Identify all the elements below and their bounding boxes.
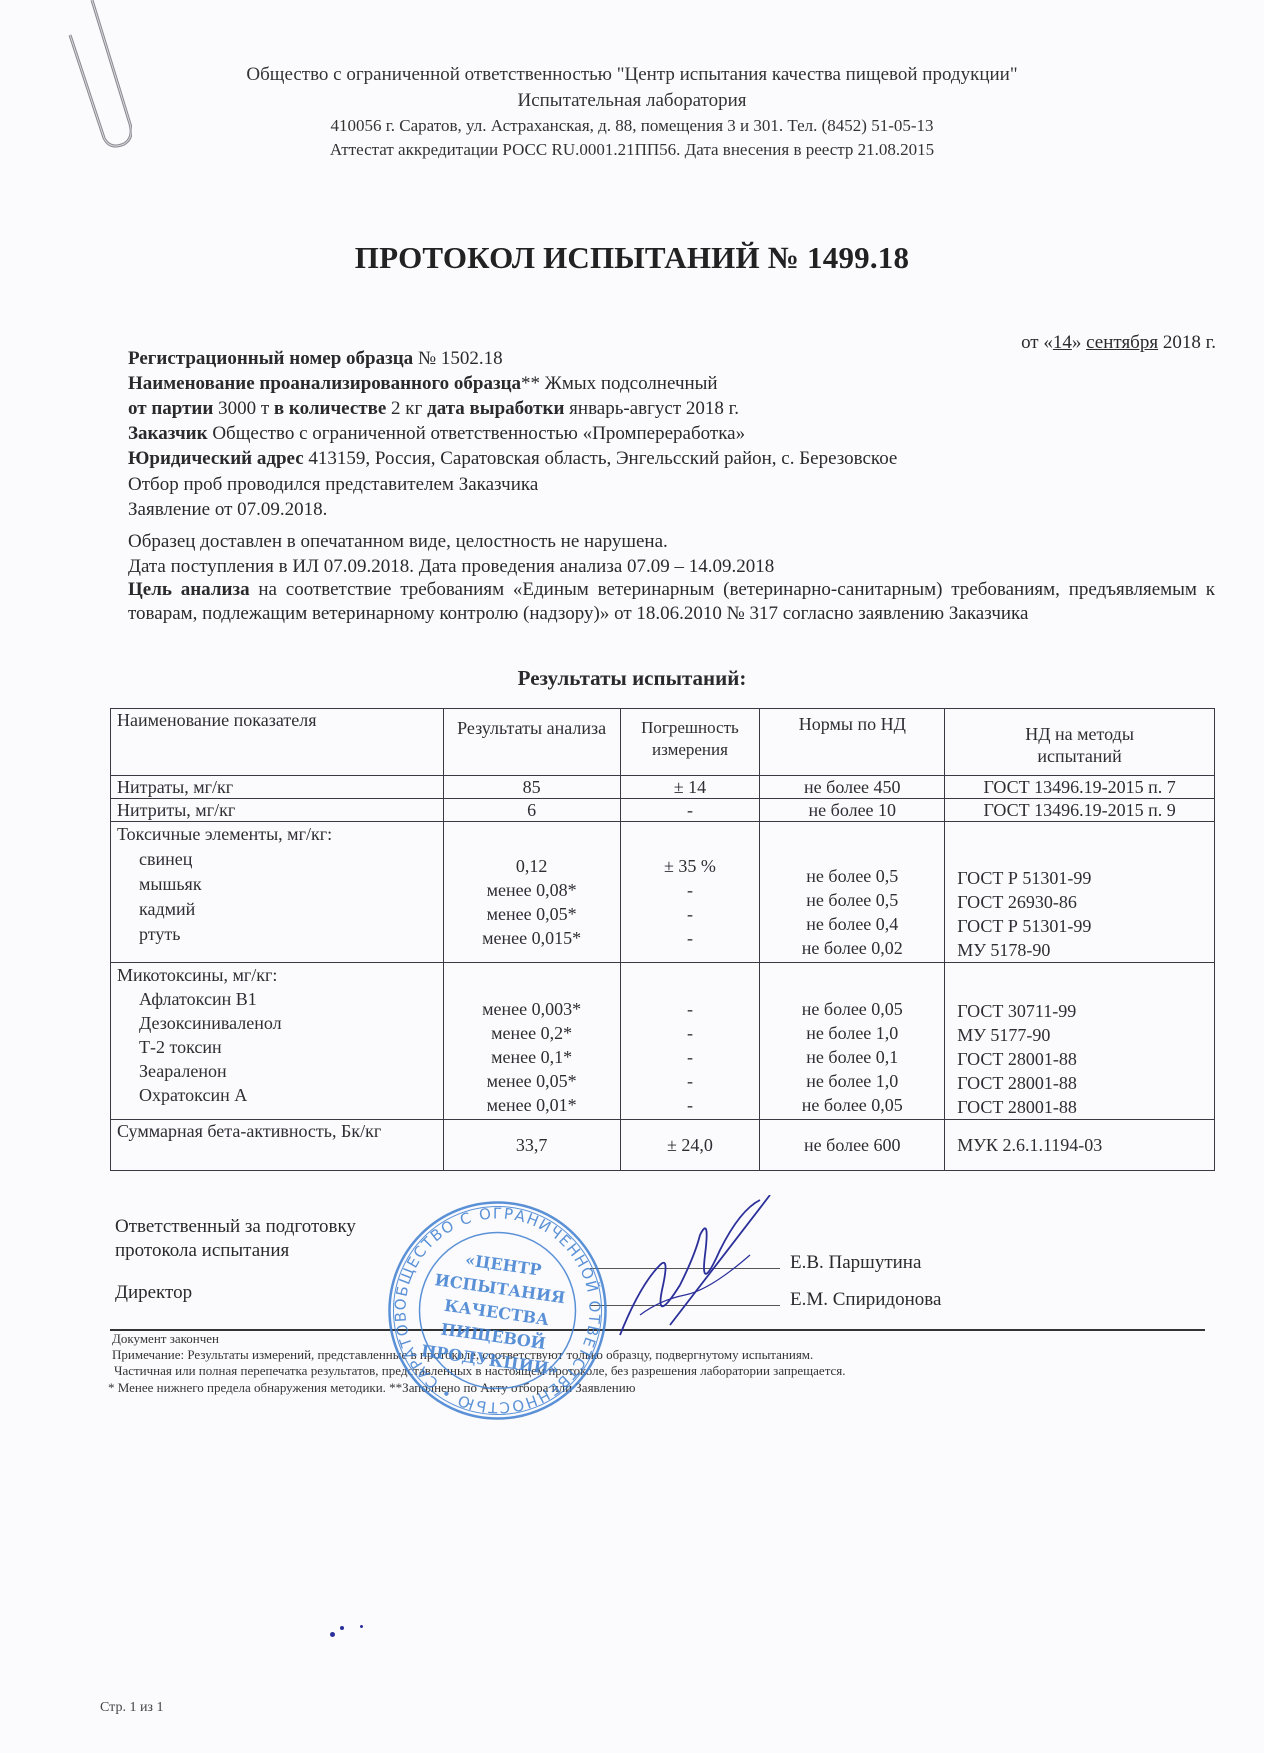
label: Наименование проанализированного образца (128, 373, 521, 394)
document-finished: Документ закончен (112, 1331, 219, 1347)
cell-error: - - - - - (620, 963, 760, 1120)
application-date: Заявление от 07.09.2018. (128, 497, 1218, 522)
item-name: Т-2 токсин (117, 1035, 437, 1059)
results-title: Результаты испытаний: (0, 666, 1264, 691)
label: дата выработки (427, 398, 564, 419)
item-name: свинец (117, 847, 437, 872)
item-name: Зеараленон (117, 1059, 437, 1083)
value: 0,12 (450, 854, 614, 878)
cell-error: ± 24,0 (620, 1120, 760, 1171)
header-cell: Наименование показателя (111, 709, 444, 776)
value: менее 0,08* (450, 878, 614, 902)
cell-norm: не более 0,05 не более 1,0 не более 0,1 … (760, 963, 945, 1120)
director-label: Директор (115, 1282, 192, 1304)
item-name: ртуть (117, 922, 437, 947)
ink-speck (330, 1632, 335, 1637)
value: - (627, 997, 754, 1021)
label: в количестве (274, 398, 386, 419)
table-row-toxic-elements: Токсичные элементы, мг/кг: свинец мышьяк… (111, 822, 1215, 963)
item-name: мышьяк (117, 872, 437, 897)
value: не более 0,05 (766, 997, 938, 1021)
value: не более 0,5 (766, 888, 938, 912)
value: - (627, 1093, 754, 1117)
value: не более 0,02 (766, 936, 938, 960)
cell-norm: не более 0,5 не более 0,5 не более 0,4 н… (760, 822, 945, 963)
protocol-title: ПРОТОКОЛ ИСПЫТАНИЙ № 1499.18 (0, 240, 1264, 276)
cell-error: - (620, 799, 760, 822)
item-name: Дезоксиниваленол (117, 1011, 437, 1035)
value: ГОСТ 30711-99 (957, 999, 1208, 1023)
value: - (627, 902, 754, 926)
header-cell: Погрешность измерения (620, 709, 760, 776)
table-header-row: Наименование показателя Результаты анали… (111, 709, 1215, 776)
label: Регистрационный номер образца (128, 348, 413, 369)
responsible-label-2: протокола испытания (115, 1240, 289, 1262)
cell-result: 33,7 (443, 1120, 620, 1171)
value: менее 0,05* (450, 1069, 614, 1093)
table-row: Нитриты, мг/кг 6 - не более 10 ГОСТ 1349… (111, 799, 1215, 822)
table-row-beta-activity: Суммарная бета-активность, Бк/кг 33,7 ± … (111, 1120, 1215, 1171)
label: Цель анализа (128, 579, 250, 600)
cell-method: ГОСТ 30711-99 МУ 5177-90 ГОСТ 28001-88 Г… (945, 963, 1215, 1120)
value: не более 1,0 (766, 1069, 938, 1093)
value: не более 1,0 (766, 1021, 938, 1045)
cell-name: Нитриты, мг/кг (111, 799, 444, 822)
cell-name: Токсичные элементы, мг/кг: свинец мышьяк… (111, 822, 444, 963)
results-table: Наименование показателя Результаты анали… (110, 708, 1215, 1171)
value: - (627, 1069, 754, 1093)
sample-batch: от партии 3000 т в количестве 2 кг дата … (128, 396, 1218, 421)
cell-norm: не более 450 (760, 776, 945, 799)
customer: Заказчик Общество с ограниченной ответст… (128, 421, 1218, 446)
value: 2 кг (386, 398, 427, 419)
cell-result: 0,12 менее 0,08* менее 0,05* менее 0,015… (443, 822, 620, 963)
header-cell: НД на методы испытаний (945, 709, 1215, 776)
value: - (627, 926, 754, 950)
value: на соответствие требованиям «Единым вете… (128, 579, 1215, 624)
item-name: Афлатоксин В1 (117, 987, 437, 1011)
value: МУ 5177-90 (957, 1023, 1208, 1047)
cell-result: 6 (443, 799, 620, 822)
ink-speck (360, 1625, 363, 1628)
cell-error: ± 14 (620, 776, 760, 799)
cell-result: 85 (443, 776, 620, 799)
table-row: Нитраты, мг/кг 85 ± 14 не более 450 ГОСТ… (111, 776, 1215, 799)
header-cell: Нормы по НД (760, 709, 945, 776)
value: менее 0,01* (450, 1093, 614, 1117)
legal-address: Юридический адрес 413159, Россия, Сарато… (128, 446, 1218, 471)
value: - (627, 878, 754, 902)
analysis-dates: Дата поступления в ИЛ 07.09.2018. Дата п… (128, 554, 1218, 579)
group-title: Токсичные элементы, мг/кг: (117, 822, 437, 847)
value: ГОСТ 28001-88 (957, 1095, 1208, 1119)
cell-norm: не более 600 (760, 1120, 945, 1171)
accreditation: Аттестат аккредитации РОСС RU.0001.21ПП5… (0, 140, 1264, 160)
item-name: Охратоксин А (117, 1083, 437, 1107)
cell-error: ± 35 % - - - (620, 822, 760, 963)
value: ± 35 % (627, 854, 754, 878)
label: Заказчик (128, 423, 208, 444)
lab-address: 410056 г. Саратов, ул. Астраханская, д. … (0, 116, 1264, 136)
value: менее 0,05* (450, 902, 614, 926)
page-number: Стр. 1 из 1 (100, 1700, 163, 1716)
value: ГОСТ Р 51301-99 (957, 866, 1208, 890)
header-cell: Результаты анализа (443, 709, 620, 776)
cell-method: МУК 2.6.1.1194-03 (945, 1120, 1215, 1171)
value: - (627, 1045, 754, 1069)
value: менее 0,2* (450, 1021, 614, 1045)
value: Общество с ограниченной ответственностью… (208, 423, 746, 444)
cell-result: менее 0,003* менее 0,2* менее 0,1* менее… (443, 963, 620, 1120)
cell-norm: не более 10 (760, 799, 945, 822)
value: январь-август 2018 г. (564, 398, 739, 419)
cell-method: ГОСТ 13496.19-2015 п. 7 (945, 776, 1215, 799)
value: ГОСТ Р 51301-99 (957, 914, 1208, 938)
ink-speck (340, 1626, 344, 1630)
value: менее 0,015* (450, 926, 614, 950)
value: не более 0,1 (766, 1045, 938, 1069)
cell-name: Суммарная бета-активность, Бк/кг (111, 1120, 444, 1171)
delivery-note: Образец доставлен в опечатанном виде, це… (128, 529, 1218, 554)
value: менее 0,003* (450, 997, 614, 1021)
org-name: Общество с ограниченной ответственностью… (0, 64, 1264, 86)
value: - (627, 1021, 754, 1045)
sample-name: Наименование проанализированного образца… (128, 371, 1218, 396)
value: ГОСТ 28001-88 (957, 1047, 1208, 1071)
table-row-mycotoxins: Микотоксины, мг/кг: Афлатоксин В1 Дезокс… (111, 963, 1215, 1120)
analysis-purpose: Цель анализа на соответствие требованиям… (128, 578, 1215, 626)
group-title: Микотоксины, мг/кг: (117, 963, 437, 987)
value: ГОСТ 26930-86 (957, 890, 1208, 914)
responsible-name: Е.В. Паршутина (790, 1252, 921, 1274)
cell-name: Нитраты, мг/кг (111, 776, 444, 799)
signature-icon (600, 1195, 800, 1345)
sample-reg-number: Регистрационный номер образца № 1502.18 (128, 346, 1218, 371)
value: не более 0,4 (766, 912, 938, 936)
value: ГОСТ 28001-88 (957, 1071, 1208, 1095)
cell-method: ГОСТ 13496.19-2015 п. 9 (945, 799, 1215, 822)
value: МУ 5178-90 (957, 938, 1208, 962)
value: 3000 т (213, 398, 274, 419)
director-name: Е.М. Спиридонова (790, 1289, 941, 1311)
label: от партии (128, 398, 213, 419)
sampling-note: Отбор проб проводился представителем Зак… (128, 472, 1218, 497)
cell-method: ГОСТ Р 51301-99 ГОСТ 26930-86 ГОСТ Р 513… (945, 822, 1215, 963)
label: Юридический адрес (128, 448, 304, 469)
value: менее 0,1* (450, 1045, 614, 1069)
item-name: кадмий (117, 897, 437, 922)
value: № 1502.18 (413, 348, 502, 369)
lab-name: Испытательная лаборатория (0, 90, 1264, 112)
cell-name: Микотоксины, мг/кг: Афлатоксин В1 Дезокс… (111, 963, 444, 1120)
value: 413159, Россия, Саратовская область, Энг… (304, 448, 898, 469)
stamp-icon: ОБЩЕСТВО С ОГРАНИЧЕННОЙ ОТВЕТСТВЕННОСТЬЮ… (385, 1198, 610, 1423)
value: ** Жмых подсолнечный (521, 373, 718, 394)
value: не более 0,05 (766, 1093, 938, 1117)
responsible-label: Ответственный за подготовку (115, 1216, 356, 1238)
value: не более 0,5 (766, 864, 938, 888)
